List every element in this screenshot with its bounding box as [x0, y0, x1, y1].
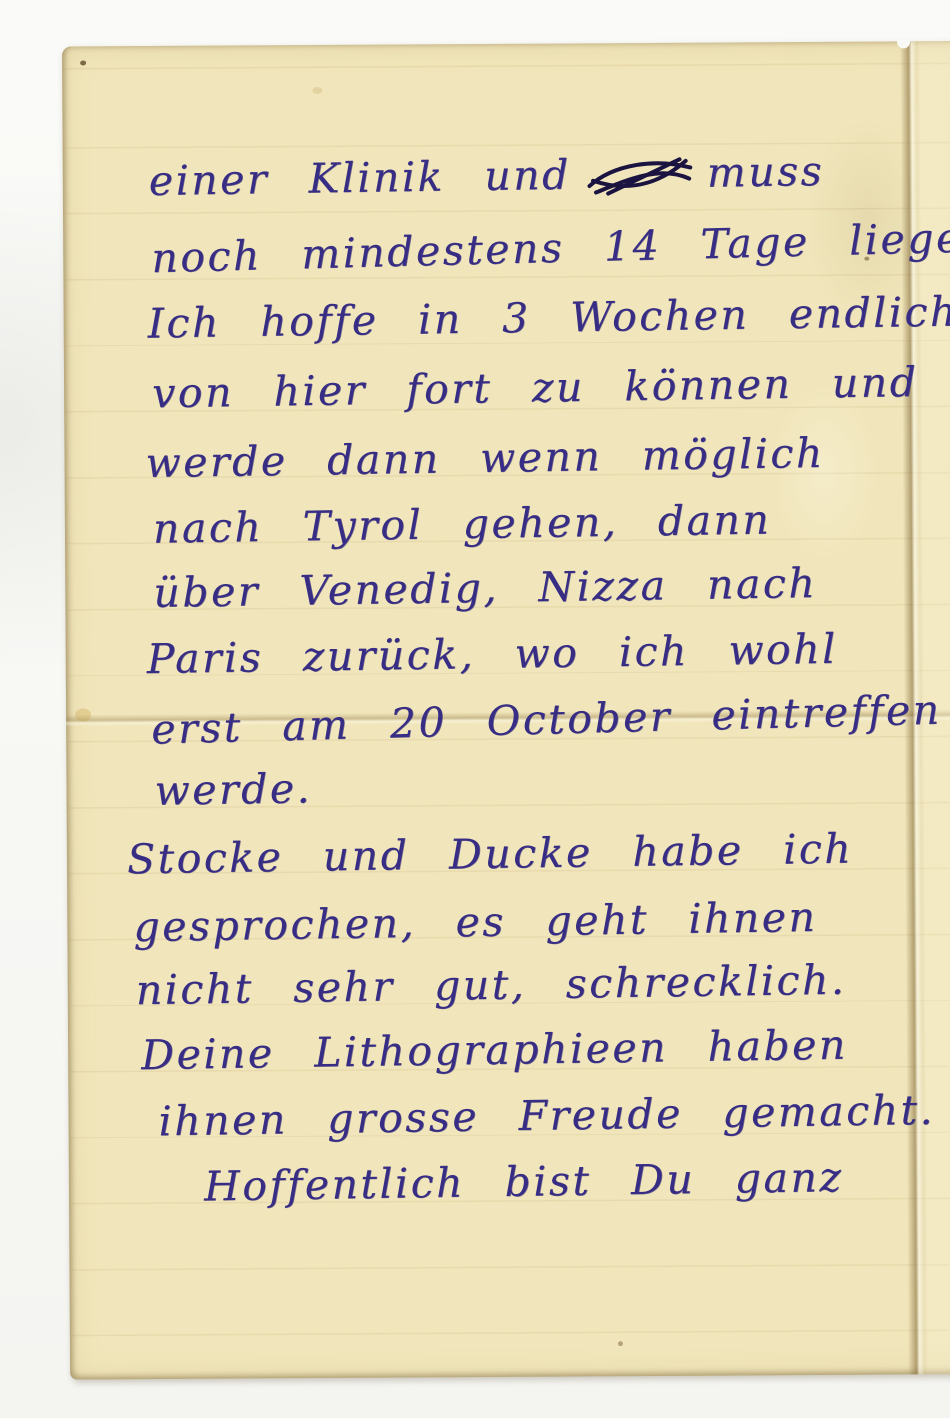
- letter-line: nach Tyrol gehen, dann: [153, 500, 772, 550]
- letter-line: werde.: [154, 768, 312, 811]
- letter-line: nicht sehr gut, schrecklich.: [135, 960, 846, 1012]
- letter-line: von hier fort zu können und: [152, 362, 919, 414]
- line-text: Paris zurück, wo ich wohl: [146, 625, 838, 683]
- letter-line: einer Klinik und muss: [149, 151, 825, 202]
- line-text: Hoffentlich bist Du ganz: [204, 1153, 844, 1210]
- letter-line: ihnen grosse Freude gemacht.: [158, 1090, 935, 1143]
- line-text: über Venedig, Nizza nach: [153, 559, 818, 617]
- age-spot: [618, 1341, 623, 1346]
- letter-line: Ich hoffe in 3 Wochen endlich: [147, 292, 950, 345]
- crossed-out-word: [584, 155, 698, 198]
- age-spot: [80, 60, 86, 65]
- letter-line: werde dann wenn möglich: [145, 433, 825, 484]
- line-text: einer Klinik und: [148, 151, 571, 205]
- line-text: nach Tyrol gehen, dann: [153, 496, 772, 553]
- letter-line: Stocke und Ducke habe ich: [127, 829, 854, 881]
- age-spot: [312, 87, 322, 94]
- letter-line: Hoffentlich bist Du ganz: [204, 1157, 844, 1207]
- letter-line: Deine Lithographieen haben: [141, 1025, 848, 1076]
- line-text: werde dann wenn möglich: [145, 429, 825, 487]
- letter-page: einer Klinik und muss noch mindestens 14…: [62, 41, 950, 1380]
- line-text: gesprochen, es geht ihnen: [133, 893, 818, 951]
- letter-line: über Venedig, Nizza nach: [153, 563, 817, 614]
- line-text: werde.: [154, 764, 312, 814]
- letter-line: Paris zurück, wo ich wohl: [146, 629, 838, 680]
- age-spot: [75, 708, 91, 721]
- line-text: muss: [706, 147, 824, 197]
- letter-line: gesprochen, es geht ihnen: [133, 897, 818, 948]
